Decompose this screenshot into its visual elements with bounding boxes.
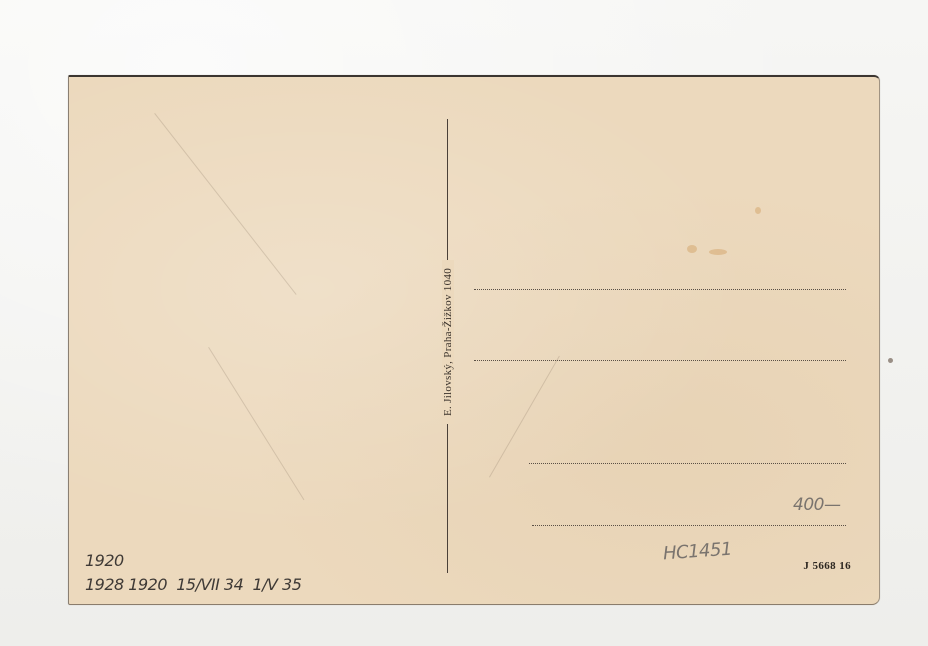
postcard: E. Jilovský, Praha-Žižkov 1040 400— HC14… bbox=[68, 75, 880, 605]
stain bbox=[709, 249, 727, 255]
address-line-3 bbox=[529, 463, 846, 464]
publisher-imprint: E. Jilovský, Praha-Žižkov 1040 bbox=[442, 260, 454, 424]
handwritten-inventory-number: HC1451 bbox=[662, 539, 732, 565]
stain bbox=[687, 245, 697, 253]
crease-mark bbox=[154, 113, 296, 295]
handwritten-date-1: 1920 bbox=[85, 551, 124, 570]
address-line-2 bbox=[474, 360, 846, 361]
dust-speck bbox=[888, 358, 893, 363]
address-line-1 bbox=[474, 289, 846, 290]
handwritten-date-2: 1928 1920 15/VII 34 1/V 35 bbox=[85, 575, 301, 594]
address-line-4 bbox=[532, 525, 846, 526]
handwritten-price: 400— bbox=[793, 495, 840, 515]
crease-mark bbox=[208, 347, 304, 500]
crease-mark bbox=[489, 356, 560, 478]
stain bbox=[755, 207, 761, 214]
catalog-code: J 5668 16 bbox=[803, 560, 851, 572]
publisher-imprint-wrap: E. Jilovský, Praha-Žižkov 1040 bbox=[440, 242, 456, 442]
